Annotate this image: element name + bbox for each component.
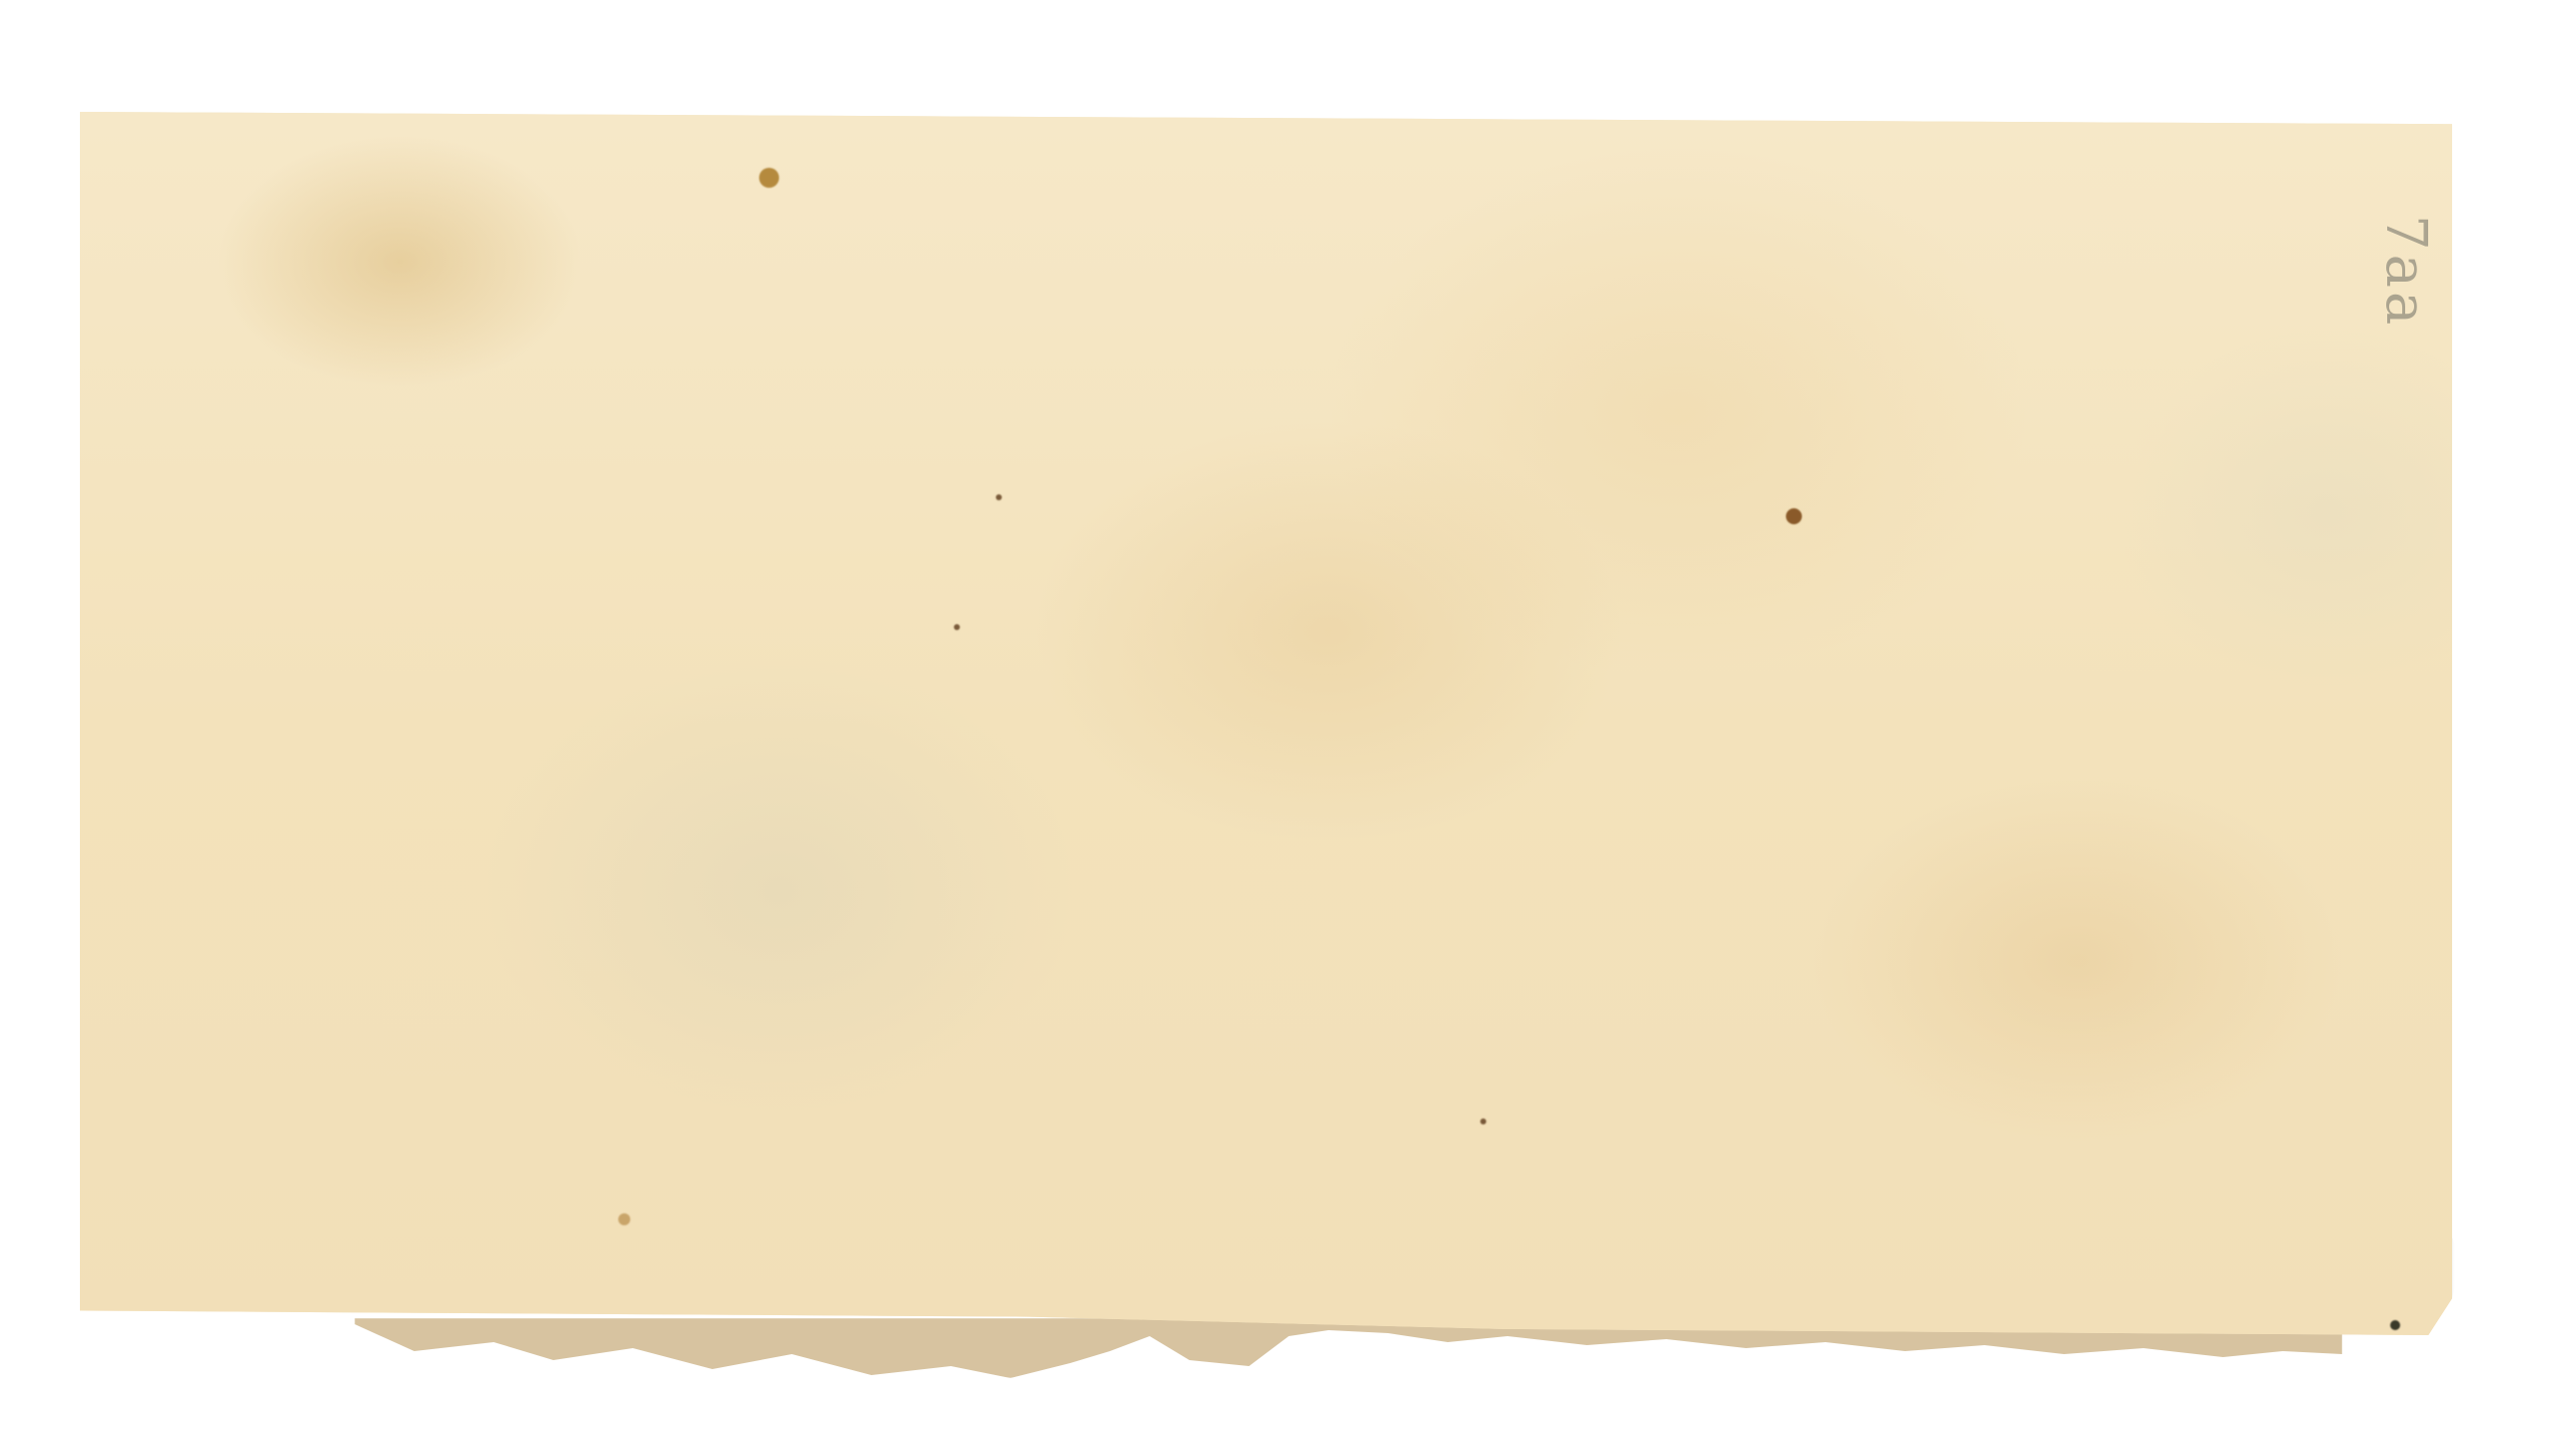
aged-paper-sheet <box>80 112 2452 1335</box>
foxing-spot <box>1786 508 1802 524</box>
foxing-spot <box>954 624 960 630</box>
foxing-spot <box>996 494 1002 500</box>
foxing-spot <box>1480 1118 1486 1124</box>
foxing-spot <box>2390 1320 2400 1330</box>
pencil-annotation: 7aa <box>2347 215 2437 414</box>
scan-background: 7aa <box>0 0 2557 1456</box>
foxing-spot <box>759 168 779 188</box>
foxing-spot <box>618 1213 630 1225</box>
